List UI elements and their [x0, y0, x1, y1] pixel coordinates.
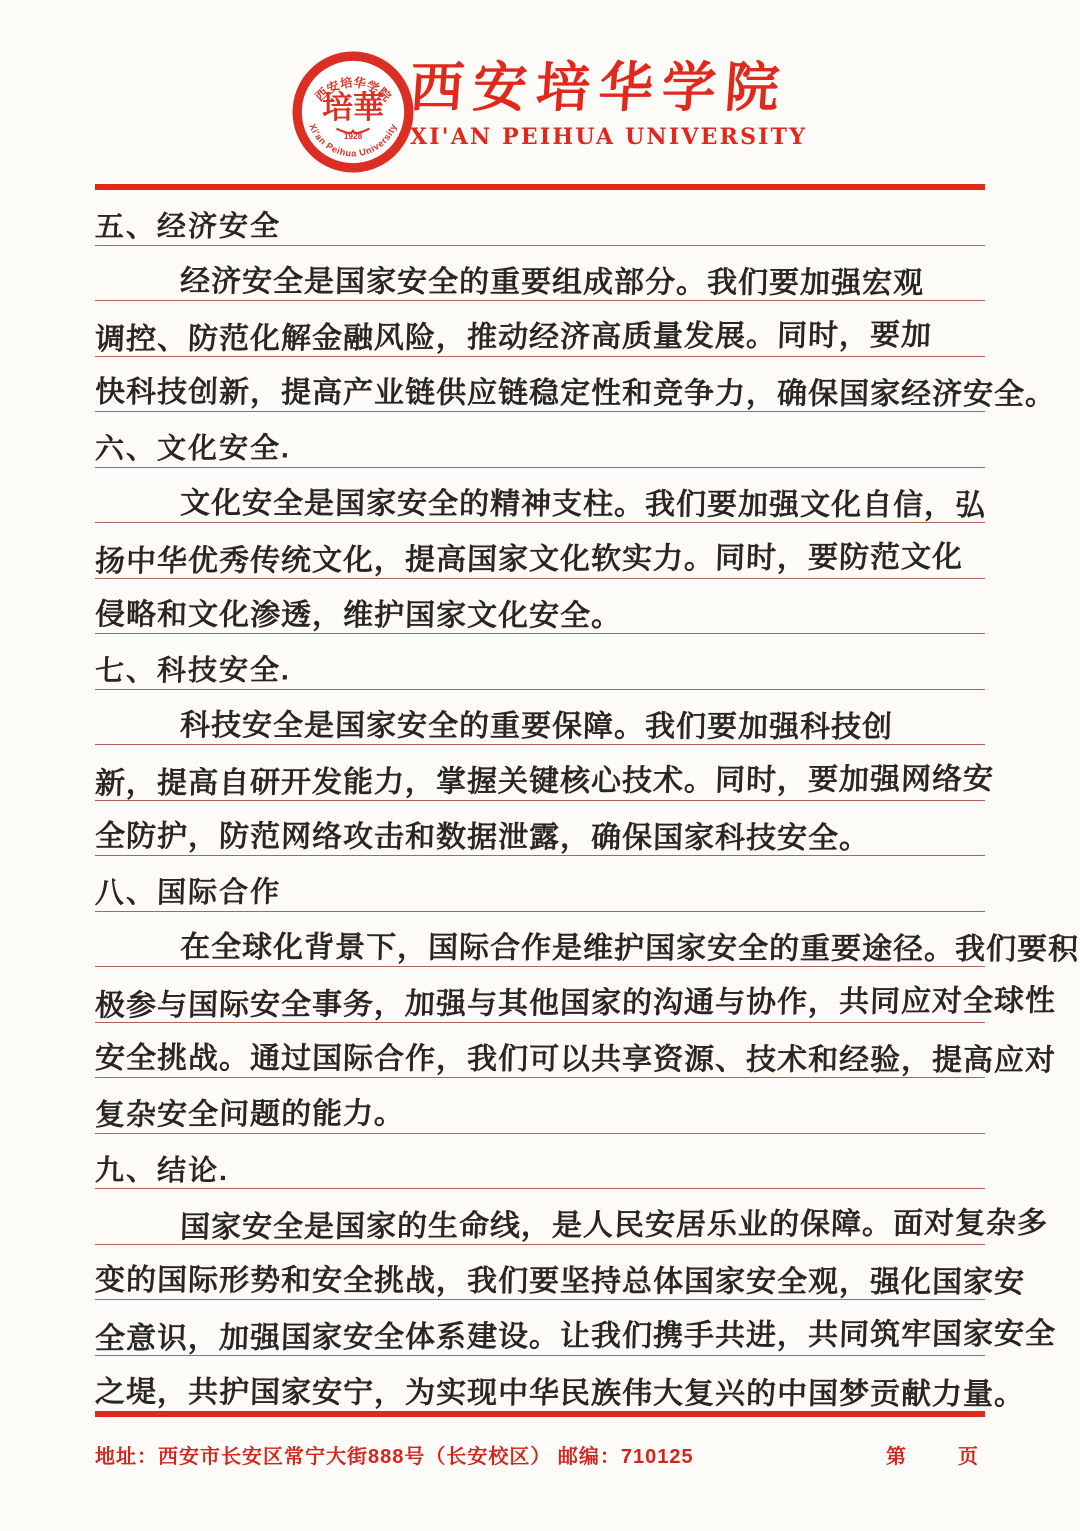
handwritten-line: 经济安全是国家安全的重要组成部分。我们要加强宏观: [95, 246, 985, 302]
line-text: 侵略和文化渗透，维护国家文化安全。: [95, 599, 623, 634]
section-heading-cultural-security: 六、文化安全.: [95, 412, 985, 468]
line-text: 之堤，共护国家安宁，为实现中华民族伟大复兴的中国梦贡献力量。: [95, 1376, 1026, 1412]
university-title-block: 西安培华学院 XI'AN PEIHUA UNIVERSITY: [410, 56, 790, 150]
line-text: 科技安全是国家安全的重要保障。我们要加强科技创: [180, 710, 894, 745]
university-title-en: XI'AN PEIHUA UNIVERSITY: [410, 124, 790, 150]
seal-year: 1928: [344, 132, 363, 141]
letterhead-header: 西安培华学院 培華 1928 Xi'an Peihua University 西…: [0, 0, 1080, 185]
line-text: 快科技创新，提高产业链供应链稳定性和竞争力，确保国家经济安全。: [95, 376, 1057, 412]
line-text: 八、国际合作: [95, 878, 282, 911]
handwritten-line: 科技安全是国家安全的重要保障。我们要加强科技创: [95, 690, 985, 746]
section-heading-international-cooperation: 八、国际合作: [95, 856, 985, 912]
section-heading-technology-security: 七、科技安全.: [95, 634, 985, 690]
line-text: 变的国际形势和安全挑战，我们要坚持总体国家安全观，强化国家安: [95, 1264, 1026, 1300]
line-text: 新，提高自研开发能力，掌握关键核心技术。同时，要加强网络安: [95, 764, 995, 802]
line-text: 扬中华优秀传统文化，提高国家文化软实力。同时，要防范文化: [95, 542, 964, 580]
line-text: 全防护，防范网络攻击和数据泄露，确保国家科技安全。: [95, 820, 871, 856]
handwritten-line: 国家安全是国家的生命线，是人民安居乐业的保障。面对复杂多: [95, 1189, 985, 1245]
line-text: 文化安全是国家安全的精神支柱。我们要加强文化自信，弘: [180, 487, 987, 523]
handwritten-line: 安全挑战。通过国际合作，我们可以共享资源、技术和经验，提高应对: [95, 1023, 985, 1079]
line-text: 在全球化背景下，国际合作是维护国家安全的重要途径。我们要积: [180, 931, 1080, 967]
line-text: 六、文化安全.: [95, 434, 292, 467]
line-text: 九、结论.: [95, 1155, 230, 1188]
line-text: 五、经济安全: [95, 212, 282, 245]
university-title-zh: 西安培华学院: [408, 56, 793, 121]
letterhead-page: 西安培华学院 培華 1928 Xi'an Peihua University 西…: [0, 0, 1080, 1531]
university-seal-icon: 西安培华学院 培華 1928 Xi'an Peihua University: [291, 50, 415, 174]
handwritten-line: 变的国际形势和安全挑战，我们要坚持总体国家安全观，强化国家安: [95, 1245, 985, 1301]
handwritten-line: 极参与国际安全事务，加强与其他国家的沟通与协作，共同应对全球性: [95, 967, 985, 1023]
handwritten-line: 全防护，防范网络攻击和数据泄露，确保国家科技安全。: [95, 801, 985, 857]
line-text: 复杂安全问题的能力。: [95, 1098, 406, 1133]
handwritten-line: 侵略和文化渗透，维护国家文化安全。: [95, 579, 985, 635]
line-text: 安全挑战。通过国际合作，我们可以共享资源、技术和经验，提高应对: [95, 1042, 1057, 1078]
handwritten-line: 复杂安全问题的能力。: [95, 1078, 985, 1134]
footer-address: 地址：西安市长安区常宁大街888号（长安校区） 邮编：710125: [95, 1440, 694, 1469]
line-text: 极参与国际安全事务，加强与其他国家的沟通与协作，共同应对全球性: [95, 985, 1057, 1024]
handwritten-line: 之堤，共护国家安宁，为实现中华民族伟大复兴的中国梦贡献力量。: [95, 1356, 985, 1412]
page-number-suffix: 页: [958, 1440, 978, 1469]
ruled-writing-area: 五、经济安全 经济安全是国家安全的重要组成部分。我们要加强宏观 调控、防范化解金…: [95, 184, 985, 1417]
section-heading-conclusion: 九、结论.: [95, 1134, 985, 1190]
line-text: 国家安全是国家的生命线，是人民安居乐业的保障。面对复杂多: [180, 1208, 1049, 1246]
handwritten-line: 扬中华优秀传统文化，提高国家文化软实力。同时，要防范文化: [95, 523, 985, 579]
handwritten-line: 快科技创新，提高产业链供应链稳定性和竞争力，确保国家经济安全。: [95, 357, 985, 413]
handwritten-line: 在全球化背景下，国际合作是维护国家安全的重要途径。我们要积: [95, 912, 985, 968]
section-heading-economic-security: 五、经济安全: [95, 190, 985, 246]
seal-center-text: 培華: [322, 90, 384, 125]
handwritten-line: 全意识，加强国家安全体系建设。让我们携手共进，共同筑牢国家安全: [95, 1300, 985, 1356]
line-text: 经济安全是国家安全的重要组成部分。我们要加强宏观: [180, 266, 925, 301]
handwritten-line: 调控、防范化解金融风险，推动经济高质量发展。同时，要加: [95, 301, 985, 357]
line-text: 七、科技安全.: [95, 656, 292, 689]
line-text: 调控、防范化解金融风险，推动经济高质量发展。同时，要加: [95, 320, 933, 358]
line-text: 全意识，加强国家安全体系建设。让我们携手共进，共同筑牢国家安全: [95, 1318, 1057, 1357]
handwritten-line: 文化安全是国家安全的精神支柱。我们要加强文化自信，弘: [95, 468, 985, 524]
handwritten-line: 新，提高自研开发能力，掌握关键核心技术。同时，要加强网络安: [95, 745, 985, 801]
page-number-prefix: 第: [886, 1440, 906, 1469]
